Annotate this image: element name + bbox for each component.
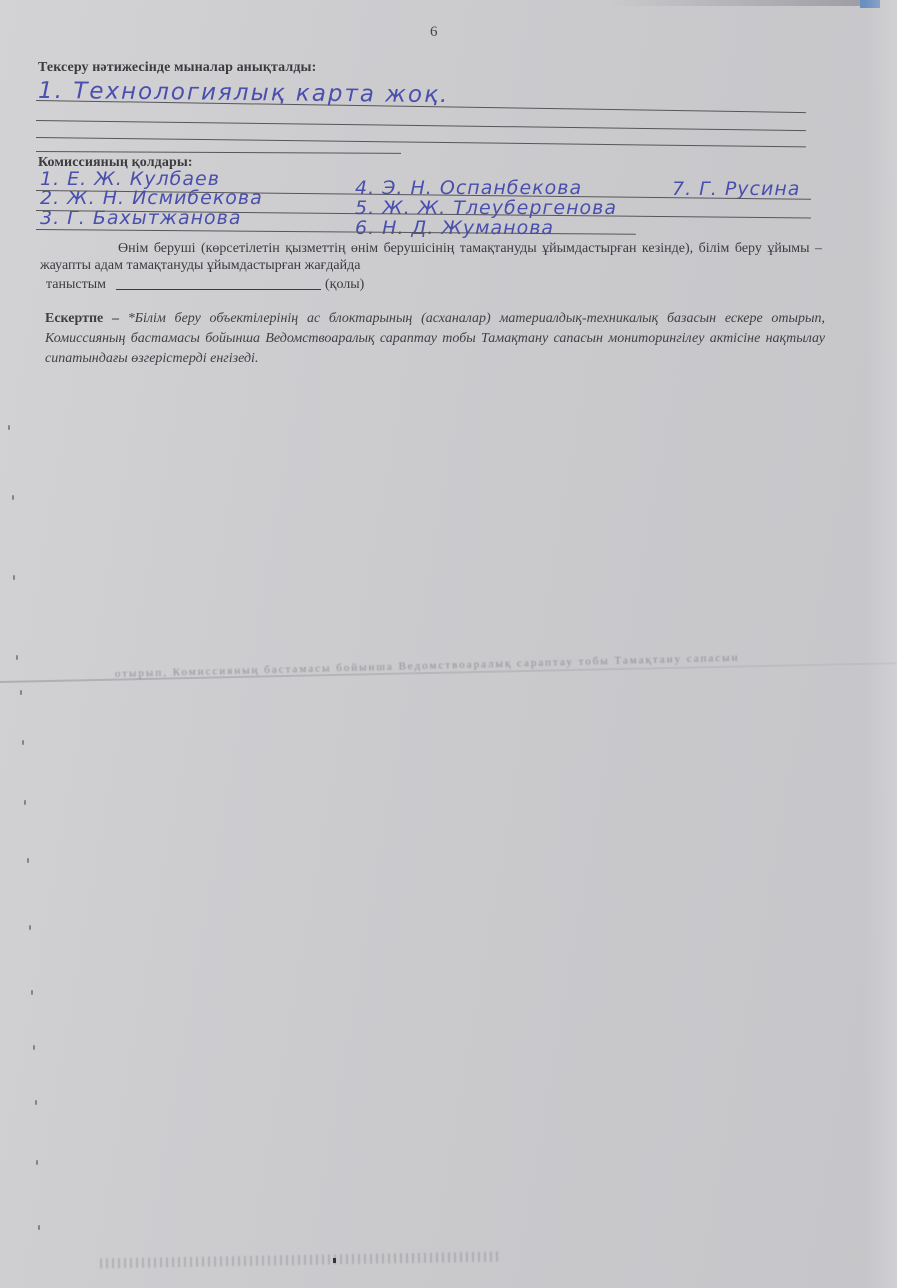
binding-mark <box>38 1225 40 1230</box>
finding-line-2 <box>36 120 806 131</box>
bottom-bleed-marks <box>100 1252 500 1269</box>
bleed-through-text: отырып, Комиссияның бастамасы бойынша Ве… <box>115 648 895 690</box>
binding-mark <box>20 690 22 695</box>
signature-caption: (қолы) <box>325 277 364 292</box>
binding-mark <box>13 575 15 580</box>
binding-mark <box>8 425 10 430</box>
note-block: Ескертпе – *Білім беру объектілерінің ас… <box>45 309 825 369</box>
acquainted-row: таныстым(қолы) <box>46 276 364 293</box>
document-page: 6 Тексеру нәтижесінде мыналар анықталды:… <box>0 0 897 1288</box>
findings-heading: Тексеру нәтижесінде мыналар анықталды: <box>38 60 316 76</box>
binding-mark <box>31 990 33 995</box>
acquainted-label: таныстым <box>46 277 106 292</box>
binding-mark <box>22 740 24 745</box>
finding-line-4 <box>36 151 401 154</box>
finding-line-3 <box>36 137 806 147</box>
binding-mark <box>36 1160 38 1165</box>
binding-mark <box>29 925 31 930</box>
note-text: *Білім беру объектілерінің ас блоктарыны… <box>45 311 825 366</box>
page-right-edge <box>865 0 897 1288</box>
bottom-ink-dot <box>333 1258 336 1263</box>
producer-signature-line <box>116 289 321 290</box>
photo-edge-strip <box>610 0 880 6</box>
binding-mark <box>33 1045 35 1050</box>
binding-mark <box>35 1100 37 1105</box>
note-label: Ескертпе – <box>45 311 119 326</box>
binding-mark <box>12 495 14 500</box>
producer-paragraph: Өнім беруші (көрсетілетін қызметтің өнім… <box>40 240 822 274</box>
page-number: 6 <box>430 24 438 41</box>
binding-mark <box>16 655 18 660</box>
binding-mark <box>24 800 26 805</box>
signature-6: 6. Н. Д. Жуманова <box>355 217 554 239</box>
binding-mark <box>27 858 29 863</box>
